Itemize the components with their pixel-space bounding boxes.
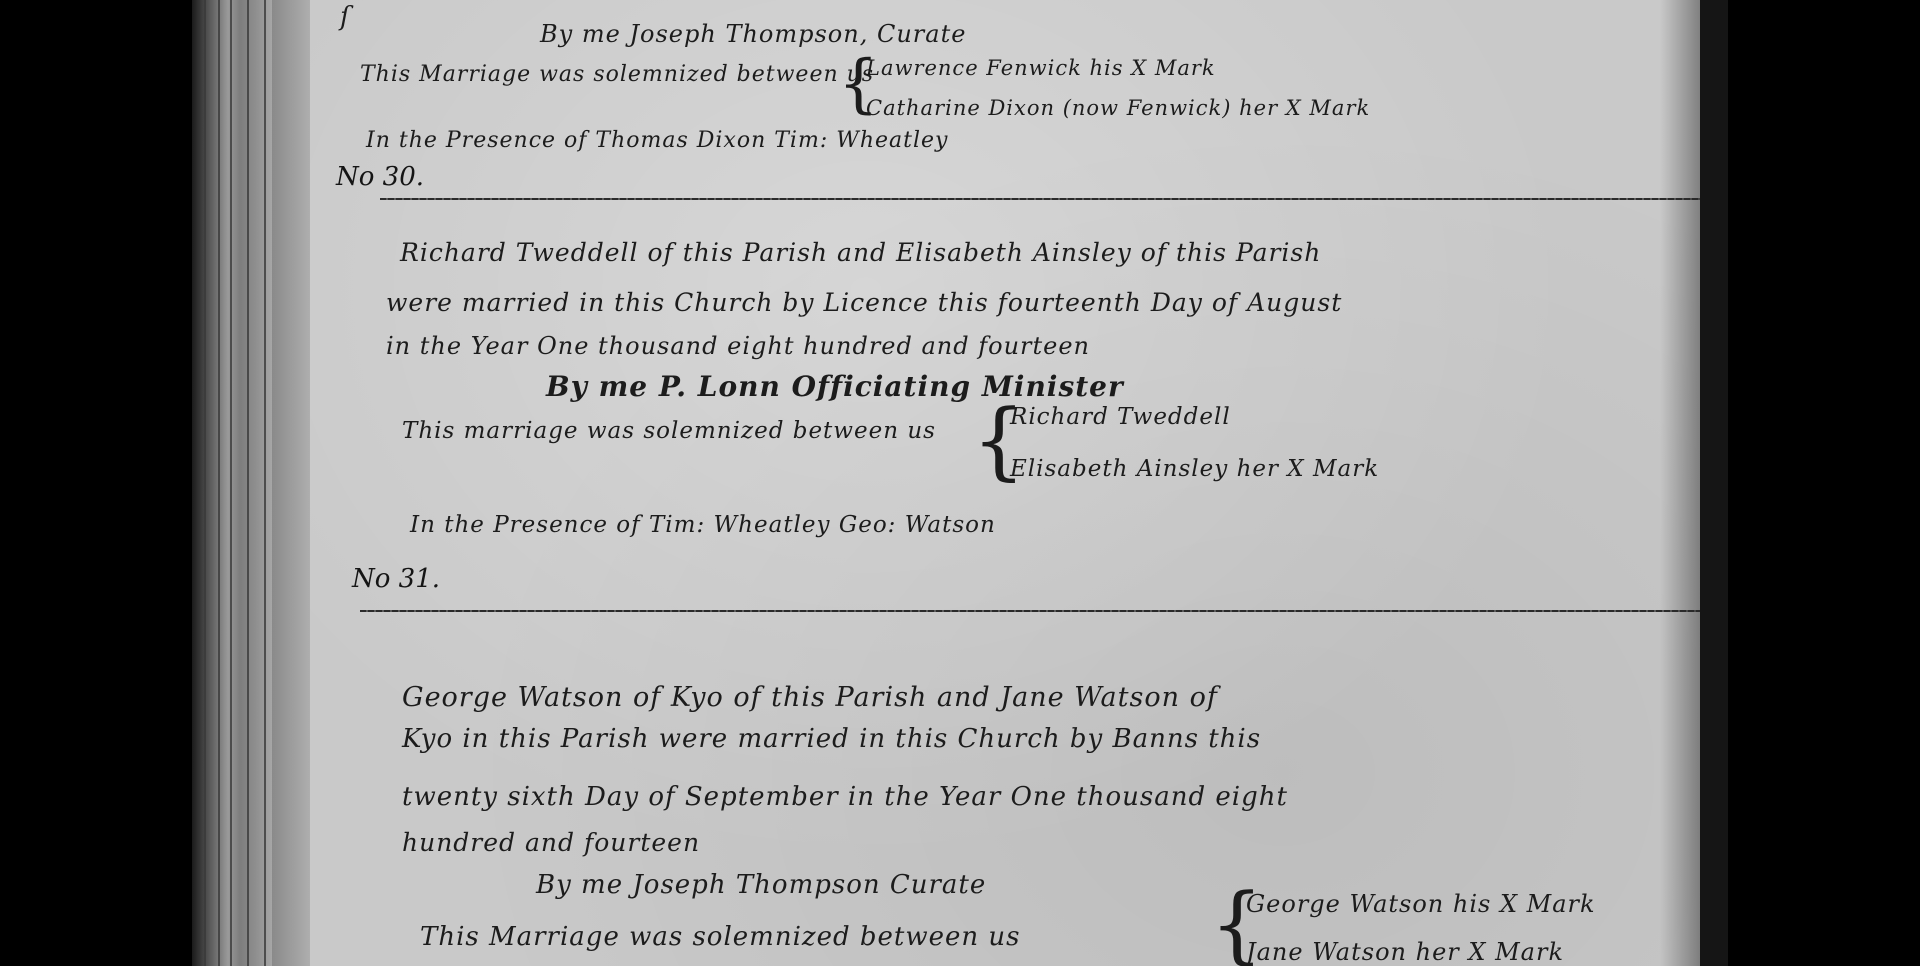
book-binding bbox=[192, 0, 272, 966]
entry-party-2: Elisabeth Ainsley her X Mark bbox=[1010, 456, 1379, 482]
top-party-2: Catharine Dixon (now Fenwick) her X Mark bbox=[866, 96, 1370, 120]
entry-number: No 31. bbox=[352, 564, 440, 594]
entry-officiant-line: By me Joseph Thompson Curate bbox=[536, 870, 986, 900]
entry-witness-line: In the Presence of Tim: Wheatley Geo: Wa… bbox=[410, 512, 996, 538]
entry-text-line: hundred and fourteen bbox=[402, 828, 700, 857]
entry-divider bbox=[380, 198, 1700, 200]
entry-number: No 30. bbox=[336, 162, 424, 192]
page-edge-shadow bbox=[1660, 0, 1700, 966]
entry-text-line: Richard Tweddell of this Parish and Elis… bbox=[400, 238, 1321, 267]
page-top-stroke: ſ bbox=[340, 2, 351, 32]
page-gutter bbox=[272, 0, 312, 966]
top-witness-line: In the Presence of Thomas Dixon Tim: Whe… bbox=[366, 128, 948, 153]
top-officiant-line: By me Joseph Thompson, Curate bbox=[540, 20, 966, 48]
entry-solemnized-line: This Marriage was solemnized between us bbox=[420, 922, 1020, 952]
entry-text-line: were married in this Church by Licence t… bbox=[386, 288, 1342, 317]
top-party-1: Lawrence Fenwick his X Mark bbox=[866, 56, 1216, 80]
document-viewer: ſ By me Joseph Thompson, Curate This Mar… bbox=[0, 0, 1920, 966]
binding-edge bbox=[218, 0, 220, 966]
top-solemnized-line: This Marriage was solemnized between us bbox=[360, 62, 874, 87]
entry-text-line: twenty sixth Day of September in the Yea… bbox=[402, 782, 1288, 812]
binding-edge bbox=[230, 0, 232, 966]
entry-text-line: in the Year One thousand eight hundred a… bbox=[386, 332, 1090, 360]
entry-text-line: Kyo in this Parish were married in this … bbox=[402, 724, 1261, 754]
entry-text-line: George Watson of Kyo of this Parish and … bbox=[402, 682, 1218, 713]
binding-edge bbox=[264, 0, 266, 966]
book-cover-edge bbox=[1700, 0, 1728, 966]
binding-edge bbox=[247, 0, 249, 966]
entry-party-1: Richard Tweddell bbox=[1010, 404, 1231, 430]
register-page: ſ By me Joseph Thompson, Curate This Mar… bbox=[310, 0, 1700, 966]
entry-solemnized-line: This marriage was solemnized between us bbox=[402, 418, 936, 444]
binding-edge bbox=[204, 0, 206, 966]
entry-officiant-line: By me P. Lonn Officiating Minister bbox=[546, 370, 1124, 403]
entry-divider bbox=[360, 610, 1700, 612]
entry-party-2: Jane Watson her X Mark bbox=[1246, 938, 1564, 966]
entry-party-1: George Watson his X Mark bbox=[1246, 890, 1596, 918]
